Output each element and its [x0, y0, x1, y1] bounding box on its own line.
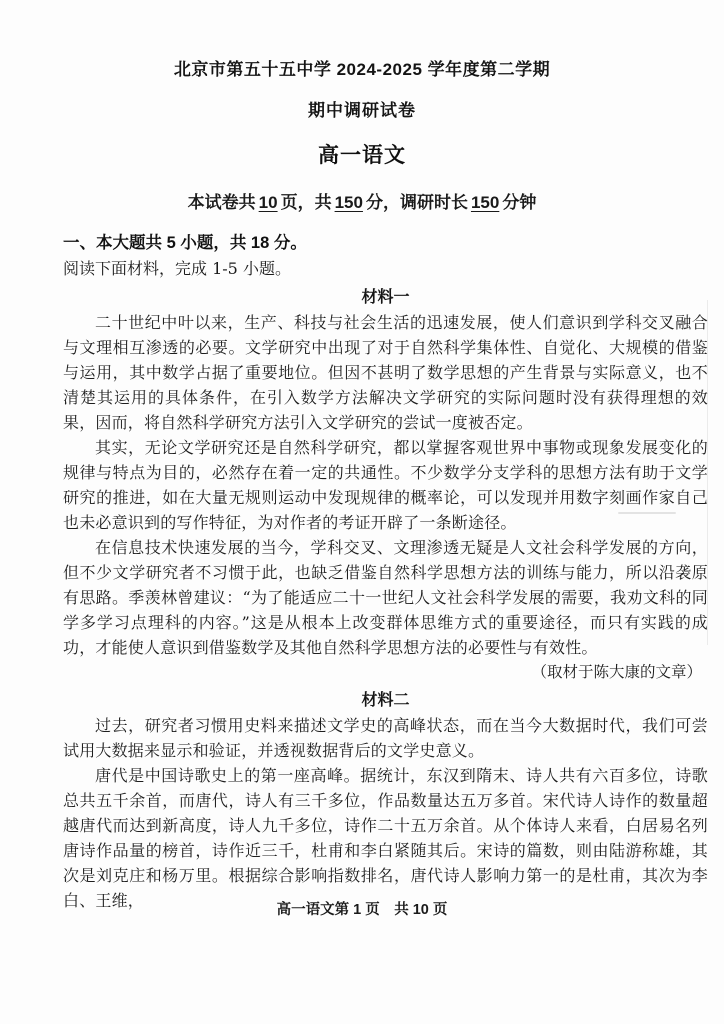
material-one-label: 材料一: [63, 284, 708, 310]
exam-info-line: 本试卷共10页，共150分，调研时长150分钟: [0, 191, 724, 215]
exam-paper-page: 北京市第五十五中学 2024-2025 学年度第二学期 期中调研试卷 高一语文 …: [0, 0, 724, 1024]
exam-title: 期中调研试卷: [0, 99, 724, 123]
info-segment: 页，共: [281, 193, 332, 213]
duration-value: 150: [468, 193, 502, 212]
subject-title: 高一语文: [0, 142, 724, 170]
section-one-instruction: 阅读下面材料，完成 1-5 小题。: [63, 256, 708, 282]
material-two-paragraph: 唐代是中国诗歌史上的第一座高峰。据统计，东汉到隋末、诗人共有六百多位，诗歌总共五…: [63, 763, 708, 913]
material-one-paragraph: 其实，无论文学研究还是自然科学研究，都以掌握客观世界中事物或现象发展变化的规律与…: [63, 435, 708, 535]
info-segment: 本试卷共: [188, 193, 256, 213]
material-one-paragraph: 二十世纪中叶以来，生产、科技与社会生活的迅速发展，使人们意识到学科交叉融合与文理…: [63, 310, 708, 435]
total-pages-value: 10: [256, 193, 281, 212]
material-one-source: （取材于陈大康的文章）: [63, 660, 708, 685]
scan-edge-line: [707, 300, 708, 645]
exam-header: 北京市第五十五中学 2024-2025 学年度第二学期 期中调研试卷 高一语文 …: [0, 58, 724, 215]
section-one-heading: 一、本大题共 5 小题，共 18 分。: [63, 230, 708, 256]
material-one-paragraph: 在信息技术快速发展的当今，学科交叉、文理渗透无疑是人文社会科学发展的方向，但不少…: [63, 535, 708, 660]
scan-smudge-artifact: [618, 512, 676, 514]
total-score-value: 150: [332, 193, 366, 212]
info-segment: 分钟: [502, 193, 536, 213]
exam-body: 一、本大题共 5 小题，共 18 分。 阅读下面材料，完成 1-5 小题。 材料…: [63, 230, 708, 913]
material-two-paragraph: 过去，研究者习惯用史料来描述文学史的高峰状态，而在当今大数据时代，我们可尝试用大…: [63, 713, 708, 763]
material-two-label: 材料二: [63, 687, 708, 713]
page-footer: 高一语文第 1 页 共 10 页: [0, 898, 724, 919]
info-segment: 分，调研时长: [366, 193, 468, 213]
school-term-title: 北京市第五十五中学 2024-2025 学年度第二学期: [0, 58, 724, 82]
